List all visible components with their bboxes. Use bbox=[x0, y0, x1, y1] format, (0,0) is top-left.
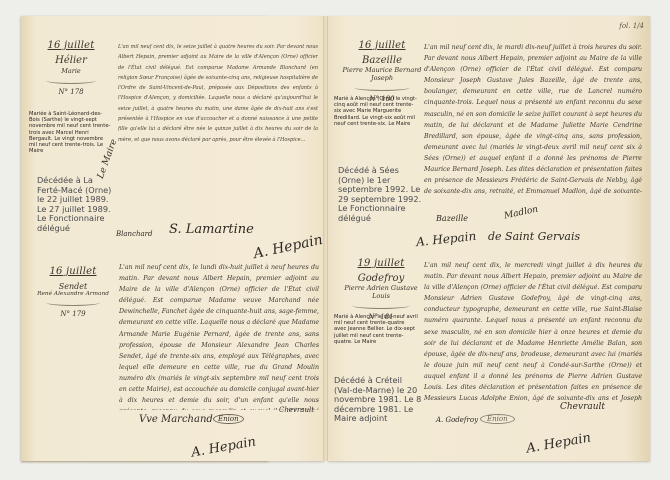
signature-witness: Chevrault bbox=[560, 402, 605, 412]
margin-entry-2: 19 juillet Godefroy Pierre Adrien Gustav… bbox=[340, 258, 422, 321]
right-page: fol. 1/4 16 juillet Bazeille Pierre Maur… bbox=[328, 16, 650, 461]
divider bbox=[352, 302, 409, 309]
death-note: Décédée à La Ferté-Macé (Orne) le 22 jui… bbox=[37, 176, 113, 233]
entry-date: 16 juillet bbox=[35, 266, 111, 277]
entry-surname: Bazeille bbox=[342, 55, 422, 66]
folio-number: fol. 1/4 bbox=[619, 22, 644, 30]
divider bbox=[354, 84, 410, 91]
entry-given-names: Marie bbox=[35, 67, 107, 75]
signature-declarant: Blanchard bbox=[116, 230, 153, 238]
margin-entry-2: 16 juillet Sendet René Alexandre Armand … bbox=[35, 266, 111, 318]
entry-given-names: René Alexandre Armand bbox=[35, 291, 111, 297]
entry-number: N° 179 bbox=[35, 310, 111, 318]
marginal-note-marriage: Marié à Alençon le dix-neuf avril mil ne… bbox=[334, 314, 418, 345]
entry-body-text: L'an mil neuf cent dix, le lundi dix-hui… bbox=[119, 262, 319, 410]
entry-body-text: L'an mil neuf cent dix, le mercredi ving… bbox=[424, 260, 642, 406]
signature-witness: de Saint Gervais bbox=[488, 230, 580, 243]
margin-entry-1: 16 juillet Bazeille Pierre Maurice Berna… bbox=[342, 40, 422, 103]
signature-father: Bazeille bbox=[436, 214, 468, 223]
signature-officer: A. Hepain bbox=[190, 434, 257, 460]
signature-witness: S. Lamartine bbox=[169, 222, 254, 237]
signature-witness: Enion bbox=[213, 414, 244, 424]
entry-surname: Sendet bbox=[35, 282, 111, 291]
entry-body-text: L'an mil neuf cent dix, le mardi dix-neu… bbox=[424, 42, 642, 194]
entry-surname: Hélier bbox=[35, 55, 107, 66]
signature-officer: A. Hepain bbox=[525, 430, 592, 456]
entry-number: N° 178 bbox=[35, 88, 107, 96]
divider bbox=[46, 299, 99, 306]
signature-officer: A. Hepain bbox=[415, 229, 476, 249]
left-page-sheet: 16 juillet Hélier Marie N° 178 Mariée à … bbox=[21, 16, 324, 461]
death-note: Décédé à Sées (Orne) le 1er septembre 19… bbox=[338, 166, 424, 223]
marginal-note-marriage: Marié à Alençon (Orne) le vingt-cinq aoû… bbox=[334, 96, 420, 127]
signature-witness: Chevrault bbox=[279, 406, 314, 414]
marginal-note-marriage: Mariée à Saint-Léonard-des-Bois (Sarthe)… bbox=[29, 111, 111, 154]
entry-date: 16 juillet bbox=[35, 40, 107, 51]
entry-given-names: Pierre Maurice Bernard Joseph bbox=[342, 66, 422, 82]
open-register: 16 juillet Hélier Marie N° 178 Mariée à … bbox=[21, 16, 650, 461]
entry-body-text: L'an mil neuf cent dix, le seize juillet… bbox=[118, 42, 318, 174]
signature-father: A. Godefroy bbox=[436, 416, 478, 424]
death-note: Décédé à Créteil (Val-de-Marne) le 20 no… bbox=[334, 376, 422, 424]
signature-officer: A. Hepain bbox=[252, 232, 324, 262]
divider bbox=[46, 77, 96, 84]
entry-date: 16 juillet bbox=[342, 40, 422, 51]
signature-witness: Enion bbox=[480, 414, 515, 424]
entry-given-names: Pierre Adrien Gustave Louis bbox=[340, 284, 422, 300]
entry-date: 19 juillet bbox=[340, 258, 422, 269]
margin-entry-1: 16 juillet Hélier Marie N° 178 bbox=[35, 40, 107, 96]
signature-declarant: Vve Marchand bbox=[139, 414, 213, 425]
entry-surname: Godefroy bbox=[340, 273, 422, 284]
signature-witness: Madlon bbox=[503, 205, 539, 222]
